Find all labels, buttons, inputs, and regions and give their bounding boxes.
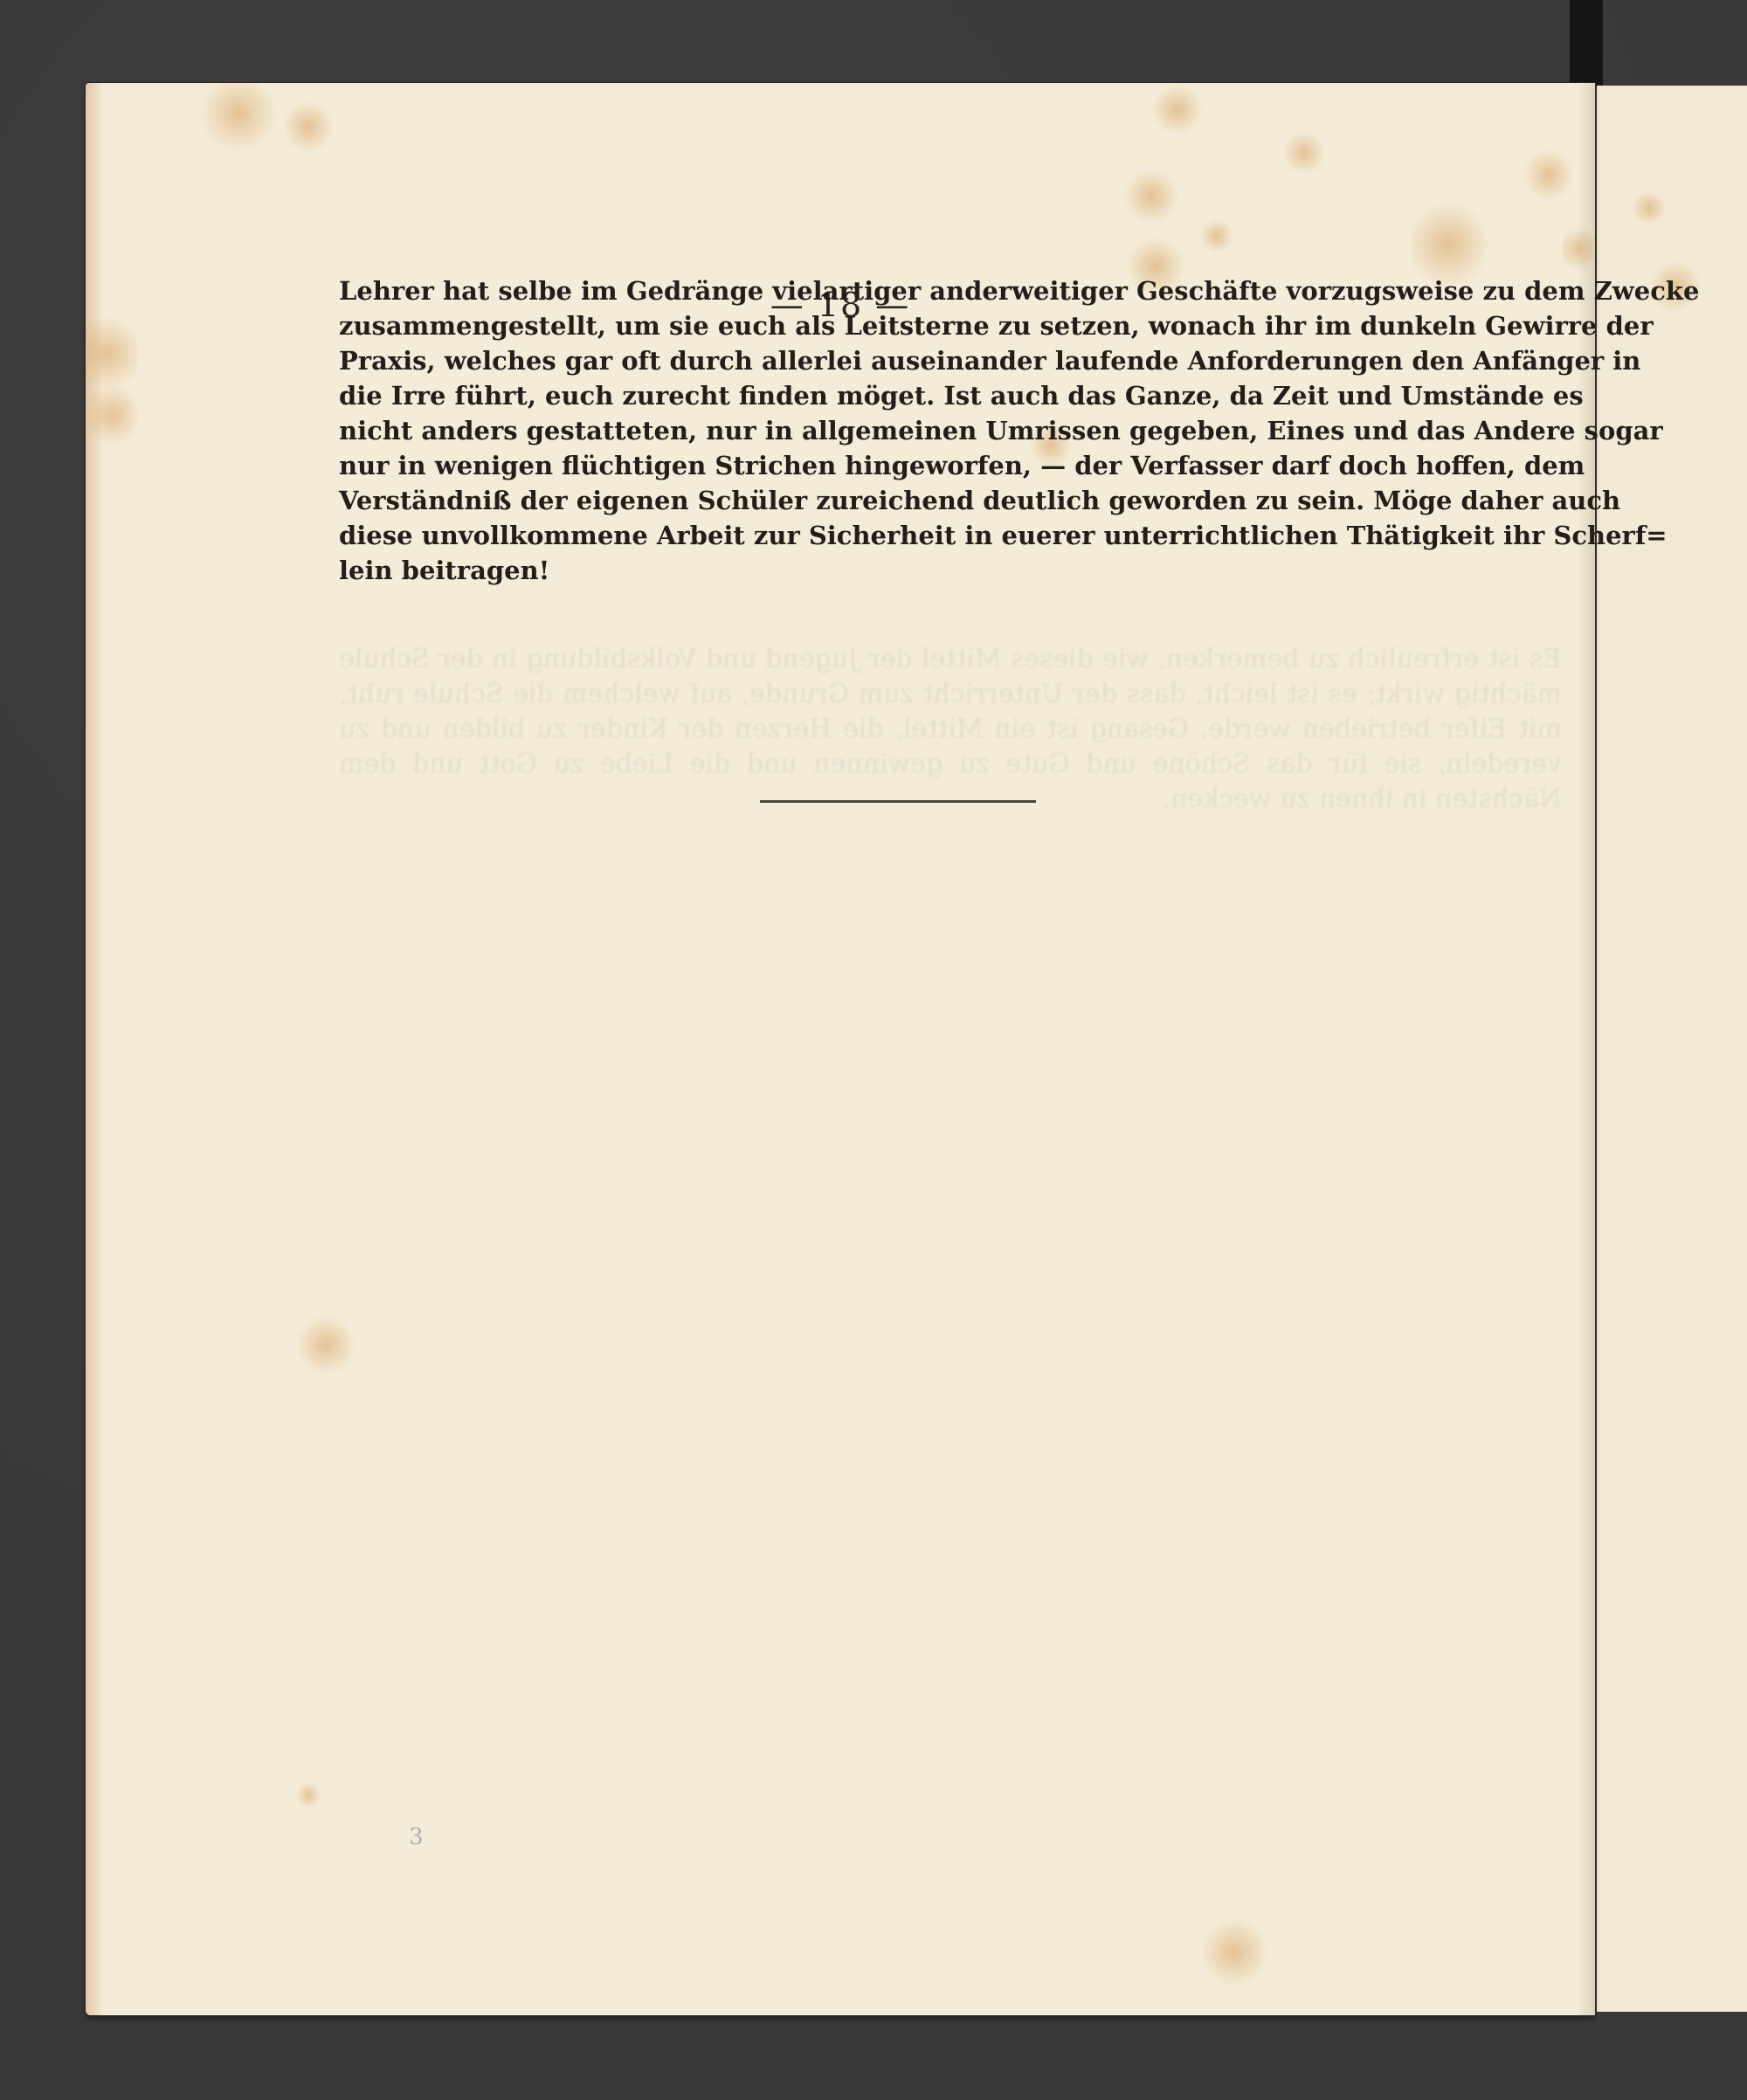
text-line: Lehrer hat selbe im Gedränge vielartiger… bbox=[339, 273, 1462, 308]
foxing-stain bbox=[295, 1315, 356, 1376]
text-line: diese unvollkommene Arbeit zur Sicherhei… bbox=[339, 518, 1462, 553]
foxing-stain bbox=[1282, 131, 1326, 175]
foxing-stain bbox=[1151, 83, 1204, 135]
binding-gutter-shadow bbox=[1570, 0, 1603, 87]
text-line: nicht anders gestatteten, nur in allgeme… bbox=[339, 413, 1462, 448]
foxing-stain bbox=[1632, 190, 1667, 225]
foxing-stain bbox=[1562, 223, 1595, 275]
foxing-stain bbox=[199, 83, 278, 153]
body-paragraph: Lehrer hat selbe im Gedränge vielartiger… bbox=[339, 273, 1462, 588]
foxing-stain bbox=[1199, 218, 1234, 253]
text-line: lein beitragen! bbox=[339, 553, 1462, 588]
bleed-through-text: Es ist erfreulich zu bemerken, wie diese… bbox=[339, 642, 1562, 1830]
text-line: nur in wenigen flüchtigen Strichen hinge… bbox=[339, 448, 1462, 483]
section-divider-rule bbox=[760, 800, 1036, 803]
text-line: die Irre führt, euch zurecht finden möge… bbox=[339, 378, 1462, 413]
foxing-stain bbox=[1199, 1917, 1269, 1987]
foxing-stain bbox=[86, 380, 138, 450]
signature-mark: 3 bbox=[409, 1824, 424, 1850]
text-line: zusammengestellt, um sie euch als Leitst… bbox=[339, 308, 1462, 343]
foxing-stain bbox=[1121, 170, 1182, 223]
foxing-stain bbox=[1523, 149, 1575, 201]
text-line: Verständniß der eigenen Schüler zureiche… bbox=[339, 483, 1462, 518]
text-line: Praxis, welches gar oft durch allerlei a… bbox=[339, 343, 1462, 378]
foxing-stain bbox=[282, 100, 335, 153]
foxing-stain bbox=[295, 1782, 321, 1808]
